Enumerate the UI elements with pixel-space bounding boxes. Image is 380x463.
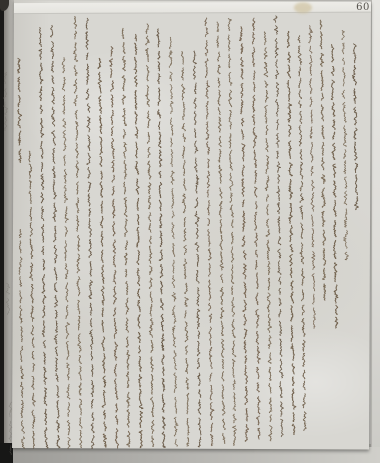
scanned-manuscript-page: 60 xyxy=(0,0,380,463)
page-number-stamp: 60 xyxy=(352,2,374,13)
handwriting-ink-layer xyxy=(0,0,380,463)
